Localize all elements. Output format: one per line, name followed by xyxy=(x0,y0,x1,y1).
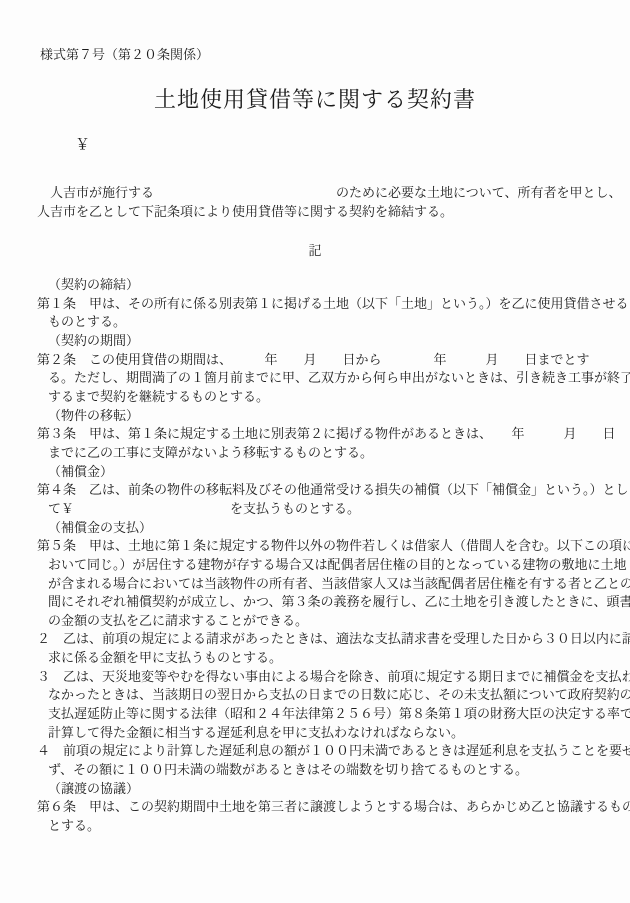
text-line: （契約の締結） xyxy=(37,276,622,295)
text-line: 求に係る金額を甲に支払うものとする。 xyxy=(37,649,622,668)
form-number: 様式第７号（第２０条関係） xyxy=(40,44,209,63)
text-line: の金額の支払を乙に請求することができる。 xyxy=(37,612,622,631)
text-line: 人吉市を乙として下記条項により使用貸借等に関する契約を締結する。 xyxy=(37,203,612,222)
text-line: するまで契約を継続するものとする。 xyxy=(37,388,622,407)
text-line: 支払遅延防止等に関する法律（昭和２４年法律第２５６号）第８条第１項の財務大臣の決… xyxy=(37,705,622,724)
text-line: が含まれる場合においては当該物件の所有者、当該借家人又は当該配偶者居住権を有する… xyxy=(37,575,622,594)
text-line: 第１条 甲は、その所有に係る別表第１に掲げる土地（以下「土地」という。）を乙に使… xyxy=(37,295,622,314)
text-line: （補償金） xyxy=(37,463,622,482)
text-line: ３ 乙は、天災地変等やむを得ない事由による場合を除き、前項に規定する期日までに補… xyxy=(37,668,622,687)
document-title: 土地使用貸借等に関する契約書 xyxy=(0,83,630,114)
text-line: る。ただし、期間満了の１箇月前までに甲、乙双方から何ら申出がないときは、引き続き… xyxy=(37,369,622,388)
text-line: 計算して得た金額に相当する遅延利息を甲に支払わなければならない。 xyxy=(37,724,622,743)
text-line: （補償金の支払） xyxy=(37,519,622,538)
text-line: 間にそれぞれ補償契約が成立し、かつ、第３条の義務を履行し、乙に土地を引き渡したと… xyxy=(37,593,622,612)
text-line: 第６条 甲は、この契約期間中土地を第三者に譲渡しようとする場合は、あらかじめ乙と… xyxy=(37,798,622,817)
text-line: 第２条 この使用貸借の期間は、 年 月 日から 年 月 日までとす xyxy=(37,351,622,370)
contract-body: （契約の締結）第１条 甲は、その所有に係る別表第１に掲げる土地（以下「土地」とい… xyxy=(37,276,622,836)
text-line: （物件の移転） xyxy=(37,407,622,426)
preamble: 人吉市が施行する のために必要な土地について、所有者を甲とし、人吉市を乙として下… xyxy=(37,184,612,221)
text-line: （譲渡の協議） xyxy=(37,780,622,799)
text-line: 第５条 甲は、土地に第１条に規定する物件以外の物件若しくは借家人（借間人を含む。… xyxy=(37,537,622,556)
text-line: 第３条 甲は、第１条に規定する土地に別表第２に掲げる物件があるときは、 年 月 … xyxy=(37,425,622,444)
ki-heading: 記 xyxy=(0,240,630,259)
text-line: 人吉市が施行する のために必要な土地について、所有者を甲とし、 xyxy=(37,184,612,203)
text-line: ず、その額に１００円未満の端数があるときはその端数を切り捨てるものとする。 xyxy=(37,761,622,780)
text-line: までに乙の工事に支障がないよう移転するものとする。 xyxy=(37,444,622,463)
text-line: （契約の期間） xyxy=(37,332,622,351)
text-line: ものとする。 xyxy=(37,313,622,332)
yen-mark: ￥ xyxy=(75,133,90,154)
text-line: ２ 乙は、前項の規定による請求があったときは、適法な支払請求書を受理した日から３… xyxy=(37,630,622,649)
contract-document-page: 様式第７号（第２０条関係） 土地使用貸借等に関する契約書 ￥ 人吉市が施行する … xyxy=(0,0,630,903)
text-line: とする。 xyxy=(37,817,622,836)
text-line: 第４条 乙は、前条の物件の移転料及びその他通常受ける損失の補償（以下「補償金」と… xyxy=(37,481,622,500)
text-line: なかったときは、当該期日の翌日から支払の日までの日数に応じ、その未支払額について… xyxy=(37,686,622,705)
text-line: て￥ を支払うものとする。 xyxy=(37,500,622,519)
text-line: おいて同じ。）が居住する建物が存する場合又は配偶者居住権の目的となっている建物の… xyxy=(37,556,622,575)
text-line: ４ 前項の規定により計算した遅延利息の額が１００円未満であるときは遅延利息を支払… xyxy=(37,742,622,761)
